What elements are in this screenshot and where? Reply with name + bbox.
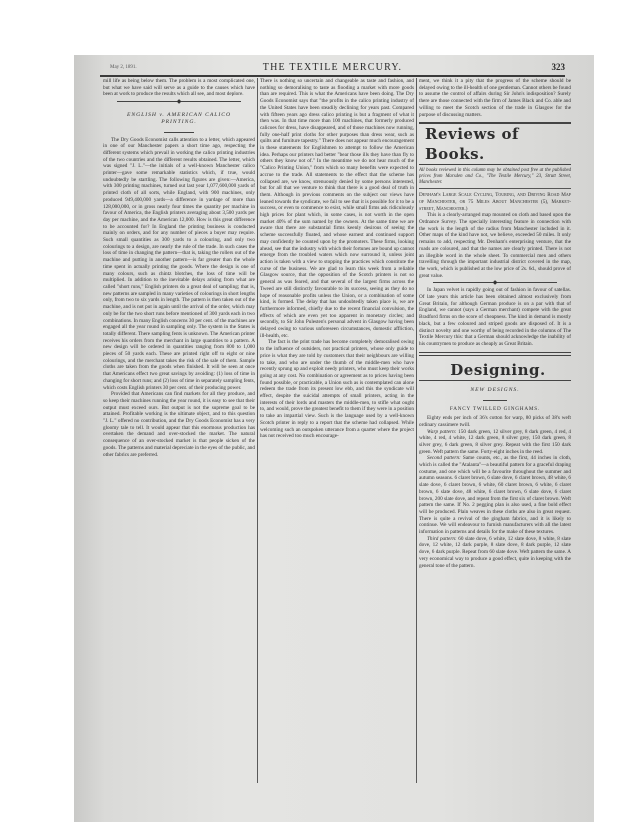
reviews-note: All books reviewed in this column may be…	[419, 168, 571, 189]
title-rule	[419, 396, 571, 404]
designing-subheading: NEW DESIGNS.	[419, 387, 571, 394]
japan-note: In Japan velvet is rapidly going out of …	[419, 287, 571, 347]
column-1: mill life as being below them. The probl…	[103, 78, 255, 790]
title-rule	[103, 129, 255, 137]
design-intro: Eighty ends per inch of 36's cotton for …	[419, 415, 571, 428]
page-number: 323	[552, 62, 566, 72]
article-paragraph: The Dry Goods Economist calls attention …	[103, 137, 255, 392]
warp-pattern: Warp pattern: 150 dark green, 12 silver …	[419, 429, 571, 456]
column-2: There is nothing so uncertain and change…	[260, 78, 414, 780]
article-paragraph: The fact is the print trade has become c…	[260, 339, 414, 440]
ornament-divider: ◆	[103, 98, 255, 106]
continued-text: ment, we think it a pity that the progre…	[419, 78, 571, 118]
header-rule	[100, 75, 565, 77]
article-paragraph: There is nothing so uncertain and change…	[260, 78, 414, 339]
publication-title: THE TEXTILE MERCURY.	[100, 62, 565, 73]
second-pattern: Second pattern: Same counts, etc., as th…	[419, 455, 571, 535]
designing-heading: Designing.	[419, 360, 571, 381]
article-title: ENGLISH v. AMERICAN CALICO PRINTING.	[103, 112, 255, 125]
reviews-heading: Reviews of Books.	[419, 122, 571, 165]
review-body: This is a clearly-arranged map mounted o…	[419, 212, 571, 279]
third-pattern: Third pattern: 60 slate dove, 6 white, 1…	[419, 536, 571, 570]
continued-text: mill life as being below them. The probl…	[103, 78, 255, 98]
column-divider	[416, 78, 417, 783]
running-head: May 2, 1891. THE TEXTILE MERCURY. 323	[100, 62, 565, 74]
section-divider	[419, 352, 571, 356]
book-title: Denham's Large Scale Cycling, Touring, a…	[419, 192, 571, 212]
article-paragraph: Provided that Americans can find markets…	[103, 391, 255, 458]
design-item-title: FANCY TWILLED GINGHAMS.	[419, 406, 571, 413]
column-3: ment, we think it a pity that the progre…	[419, 78, 571, 776]
column-divider	[257, 78, 258, 783]
